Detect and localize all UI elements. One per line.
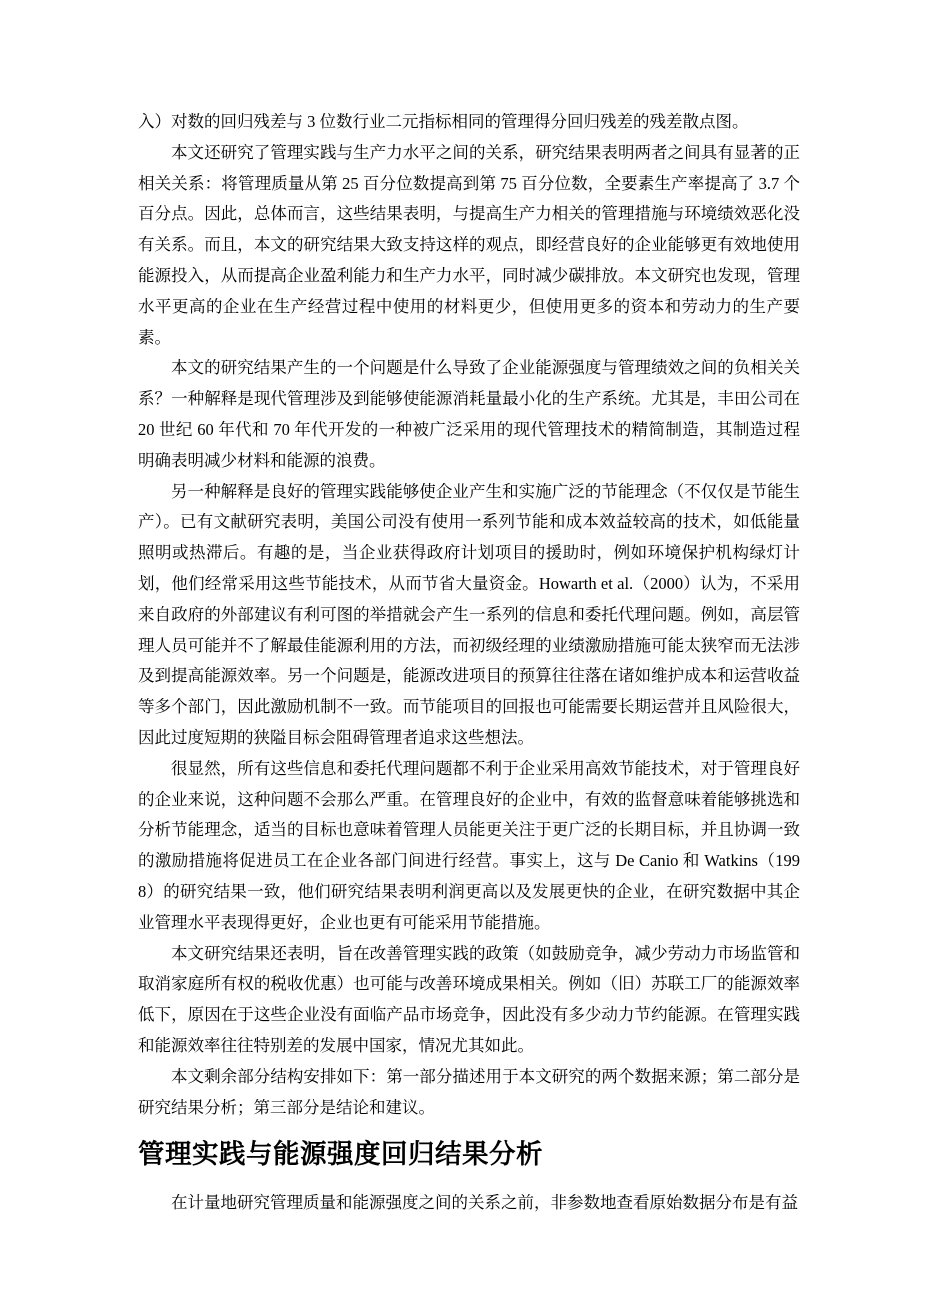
body-paragraph-continuation: 入）对数的回归残差与 3 位数行业二元指标相同的管理得分回归残差的残差散点图。 [138, 107, 800, 138]
body-paragraph: 本文研究结果还表明，旨在改善管理实践的政策（如鼓励竞争，减少劳动力市场监管和取消… [138, 939, 800, 1062]
section-heading: 管理实践与能源强度回归结果分析 [138, 1136, 800, 1173]
body-paragraph: 本文剩余部分结构安排如下：第一部分描述用于本文研究的两个数据来源；第二部分是研究… [138, 1062, 800, 1124]
document-page: 入）对数的回归残差与 3 位数行业二元指标相同的管理得分回归残差的残差散点图。 … [0, 0, 926, 1309]
body-paragraph: 很显然，所有这些信息和委托代理问题都不利于企业采用高效节能技术，对于管理良好的企… [138, 754, 800, 939]
body-paragraph: 本文还研究了管理实践与生产力水平之间的关系，研究结果表明两者之间具有显著的正相关… [138, 138, 800, 354]
body-paragraph: 另一种解释是良好的管理实践能够使企业产生和实施广泛的节能理念（不仅仅是节能生产）… [138, 477, 800, 754]
body-paragraph: 在计量地研究管理质量和能源强度之间的关系之前，非参数地查看原始数据分布是有益 [138, 1188, 800, 1219]
body-paragraph: 本文的研究结果产生的一个问题是什么导致了企业能源强度与管理绩效之间的负相关关系？… [138, 353, 800, 476]
